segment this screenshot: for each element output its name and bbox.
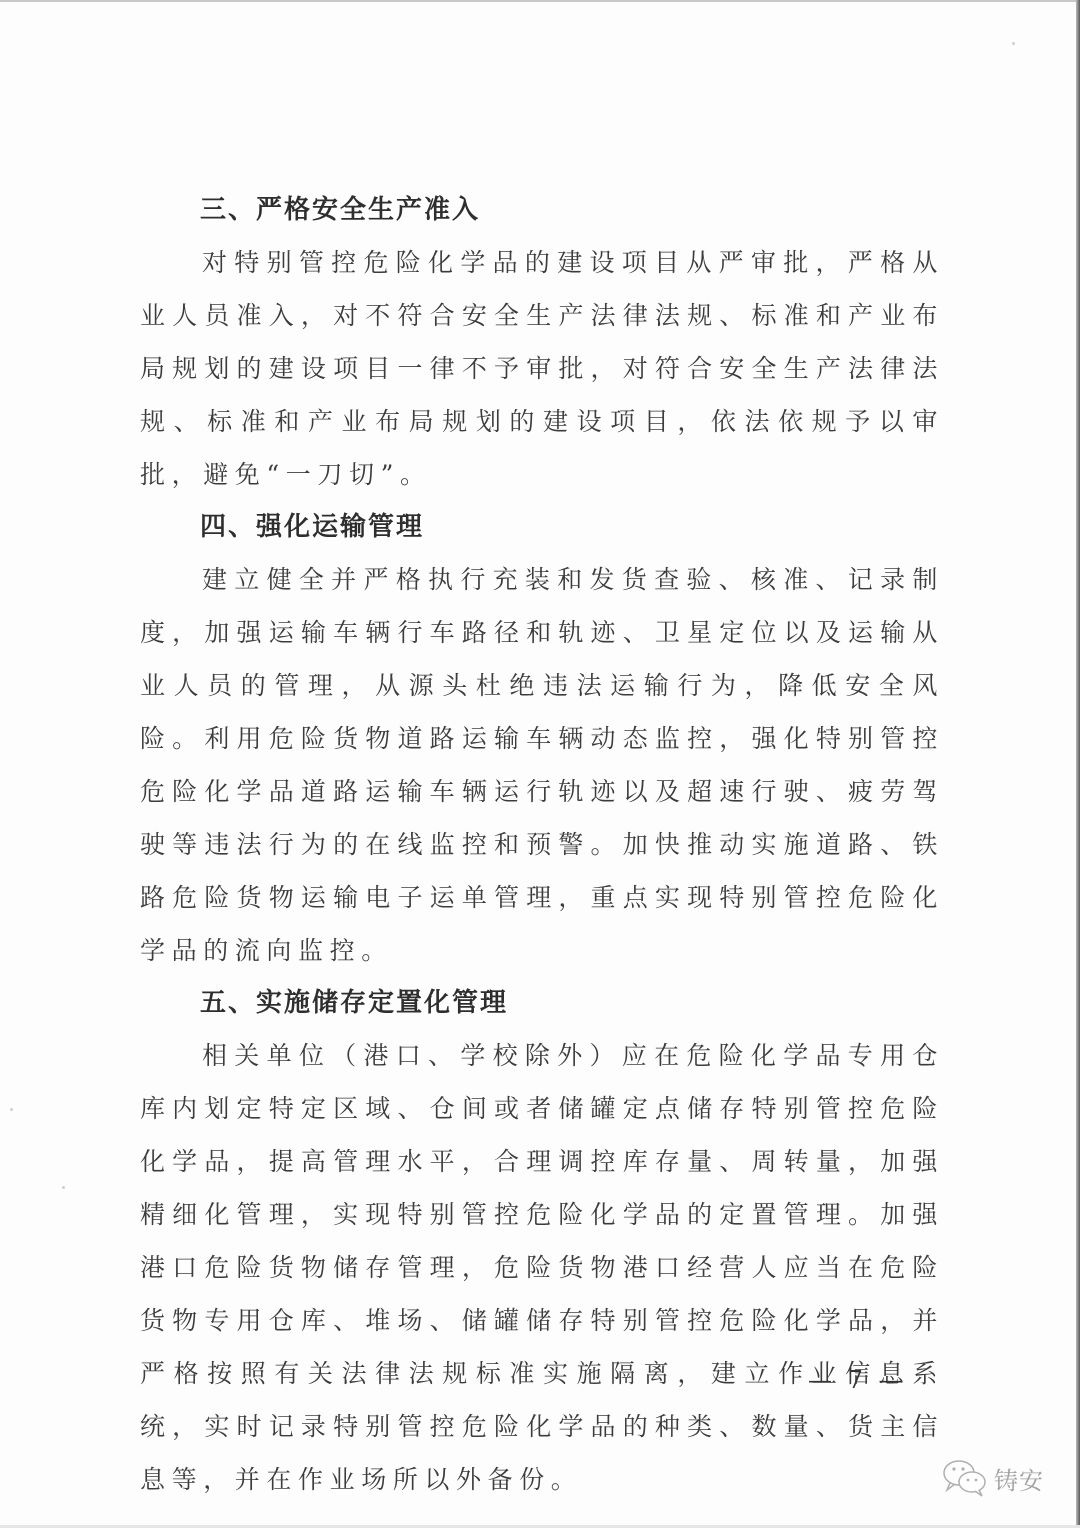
section-5: 五、实施储存定置化管理 相关单位（港口、学校除外）应在危险化学品专用仓库内划定特… [140, 977, 944, 1506]
section-paragraph: 对特别管控危险化学品的建设项目从严审批，严格从业人员准入，对不符合安全生产法律法… [140, 236, 944, 501]
section-paragraph: 建立健全并严格执行充装和发货查验、核准、记录制度，加强运输车辆行车路径和轨迹、卫… [140, 553, 944, 977]
scan-speck [1012, 42, 1015, 45]
section-heading: 四、强化运输管理 [140, 501, 944, 553]
section-paragraph: 相关单位（港口、学校除外）应在危险化学品专用仓库内划定特定区域、仓间或者储罐定点… [140, 1029, 944, 1506]
page-number: — 7 — [808, 1366, 907, 1394]
page-edge-top [0, 0, 1080, 2]
page-edge-right [1076, 0, 1080, 1528]
scan-speck [10, 1108, 13, 1111]
document-body: 三、严格安全生产准入 对特别管控危险化学品的建设项目从严审批，严格从业人员准入，… [140, 180, 944, 1506]
scan-speck [62, 1186, 65, 1189]
section-3: 三、严格安全生产准入 对特别管控危险化学品的建设项目从严审批，严格从业人员准入，… [140, 184, 944, 501]
watermark: 铸安 [942, 1458, 1044, 1498]
section-heading: 五、实施储存定置化管理 [140, 977, 944, 1029]
watermark-text: 铸安 [994, 1461, 1044, 1496]
scanned-page: 三、严格安全生产准入 对特别管控危险化学品的建设项目从严审批，严格从业人员准入，… [0, 0, 1080, 1528]
section-heading: 三、严格安全生产准入 [140, 184, 944, 236]
wechat-icon [942, 1458, 990, 1498]
section-4: 四、强化运输管理 建立健全并严格执行充装和发货查验、核准、记录制度，加强运输车辆… [140, 501, 944, 977]
